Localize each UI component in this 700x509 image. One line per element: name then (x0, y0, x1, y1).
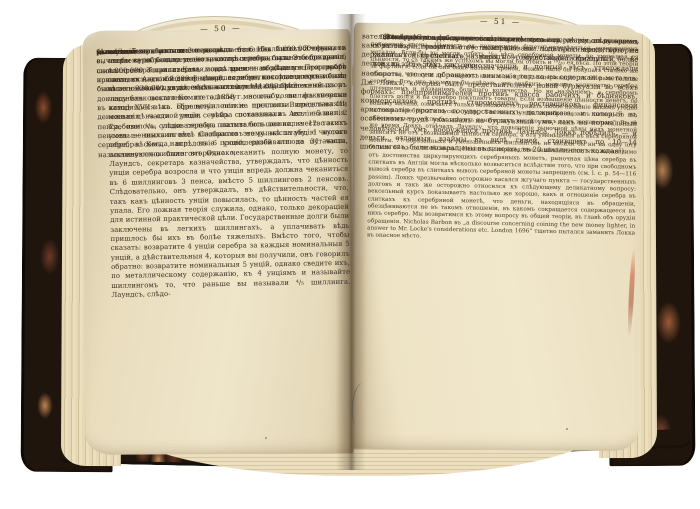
paragraph: Загадка очень легко разрѣшается. Изъ 5.6… (96, 44, 346, 48)
page-51-text-column: — 51 — вательно, держался фактически мет… (362, 14, 639, 46)
page-number-50: — 50 — (96, 22, 346, 35)
page-number-51: — 51 — (362, 14, 639, 28)
page-50-body: больше такихъ атомовъ и должна была бы б… (96, 44, 346, 48)
paper-speck (265, 437, 267, 439)
paper-speck (566, 428, 568, 430)
book-photo: — 50 — больше такихъ атомовъ и должна бы… (0, 0, 700, 509)
page-50-text-column: — 50 — больше такихъ атомовъ и должна бы… (96, 22, 346, 48)
